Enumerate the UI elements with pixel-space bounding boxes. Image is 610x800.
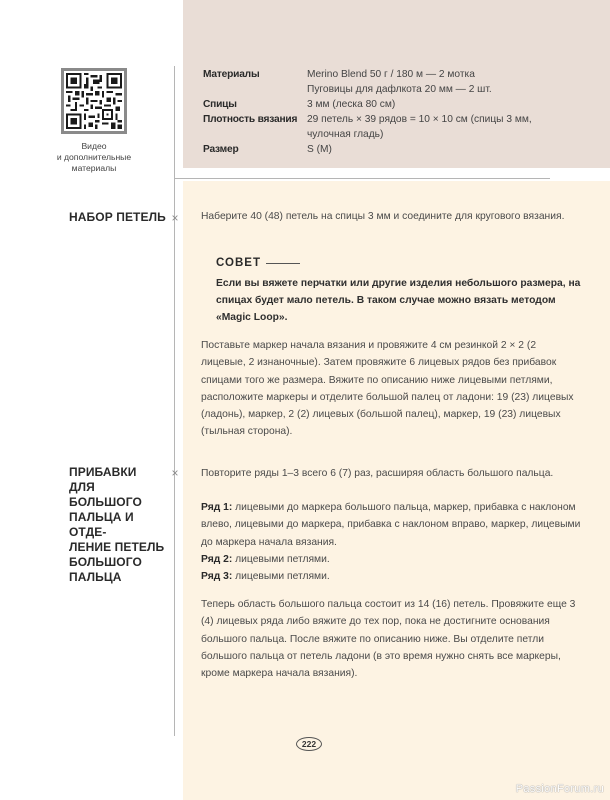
size-row: Размер S (M) [203, 142, 532, 157]
qr-code-icon[interactable] [61, 68, 127, 134]
size-value: S (M) [307, 142, 332, 157]
page-number: 222 [296, 737, 322, 751]
row-2: Ряд 2: лицевыми петлями. [201, 551, 581, 568]
materials-box: Материалы Merino Blend 50 г / 180 м — 2 … [183, 0, 610, 168]
needles-row: Спицы 3 мм (леска 80 см) [203, 97, 532, 112]
book-page: Материалы Merino Blend 50 г / 180 м — 2 … [0, 0, 610, 800]
cast-on-intro: Наберите 40 (48) петель на спицы 3 мм и … [201, 208, 581, 225]
cast-on-body: Поставьте маркер начала вязания и провяж… [201, 337, 581, 441]
watermark: PassionForum.ru [516, 783, 604, 795]
materials-label: Материалы [203, 67, 307, 97]
materials-table: Материалы Merino Blend 50 г / 180 м — 2 … [203, 67, 532, 157]
needles-label: Спицы [203, 97, 307, 112]
section-heading-thumb-increases: ПРИБАВКИ ДЛЯ БОЛЬШОГО ПАЛЬЦА И ОТДЕ- ЛЕН… [69, 465, 169, 585]
row-instructions: Ряд 1: лицевыми до маркера большого паль… [201, 499, 581, 585]
qr-block[interactable]: Видео и дополнительные материалы [54, 68, 134, 174]
vertical-divider [174, 66, 175, 736]
materials-value: Пуговицы для дафлкота 20 мм — 2 шт. [307, 82, 492, 97]
materials-row: Материалы Merino Blend 50 г / 180 м — 2 … [203, 67, 532, 97]
section-heading-cast-on: НАБОР ПЕТЕЛЬ [69, 210, 169, 225]
thumb-intro: Повторите ряды 1–3 всего 6 (7) раз, расш… [201, 465, 581, 482]
horizontal-divider [174, 178, 550, 179]
tip-block: СОВЕТ Если вы вяжете перчатки или другие… [216, 257, 586, 326]
cross-icon: × [170, 468, 180, 478]
qr-caption: Видео и дополнительные материалы [54, 141, 134, 174]
tip-title: СОВЕТ [216, 257, 586, 269]
tip-text: Если вы вяжете перчатки или другие издел… [216, 275, 586, 326]
cross-icon: × [170, 213, 180, 223]
size-label: Размер [203, 142, 307, 157]
needles-value: 3 мм (леска 80 см) [307, 97, 395, 112]
tip-title-dash [266, 263, 300, 264]
gauge-value: чулочная гладь) [307, 127, 532, 142]
row-1: Ряд 1: лицевыми до маркера большого паль… [201, 499, 581, 551]
thumb-body: Теперь область большого пальца состоит и… [201, 596, 581, 682]
materials-value: Merino Blend 50 г / 180 м — 2 мотка [307, 67, 492, 82]
gauge-label: Плотность вязания [203, 112, 307, 142]
gauge-value: 29 петель × 39 рядов = 10 × 10 см (спицы… [307, 112, 532, 127]
row-3: Ряд 3: лицевыми петлями. [201, 568, 581, 585]
gauge-row: Плотность вязания 29 петель × 39 рядов =… [203, 112, 532, 142]
